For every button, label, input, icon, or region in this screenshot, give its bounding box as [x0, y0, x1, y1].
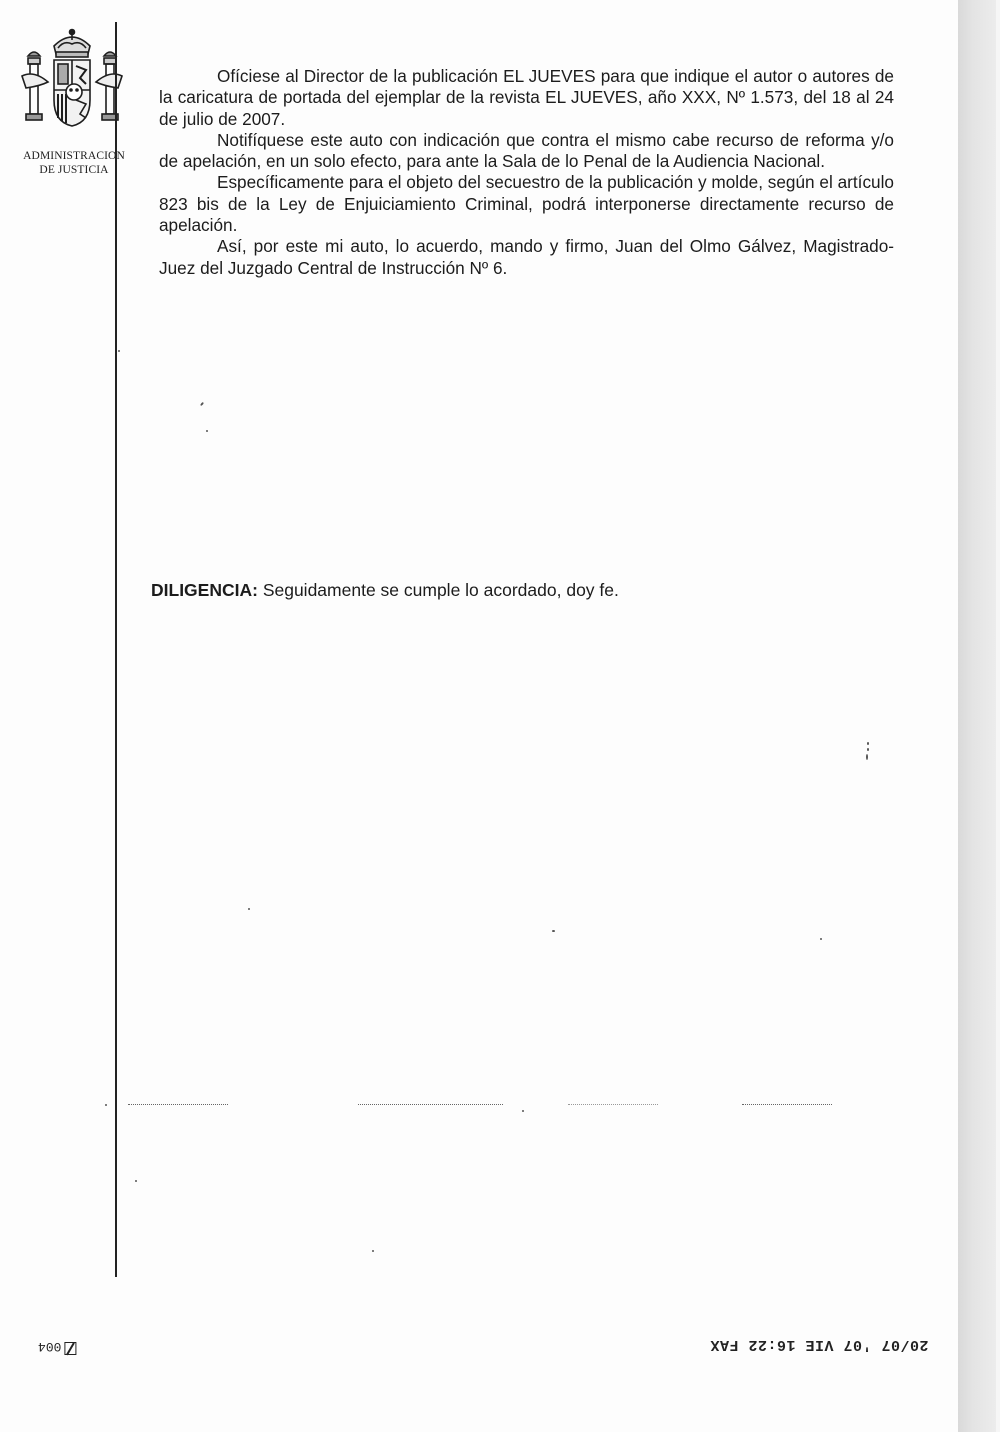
fax-page-number: 004: [38, 1339, 76, 1355]
caption-line-1: ADMINISTRACION: [4, 149, 144, 163]
scan-speck: [867, 742, 869, 745]
scan-dotted-line: [568, 1104, 658, 1107]
scan-speck: [552, 930, 555, 932]
scan-speck: [135, 1180, 137, 1182]
fax-page-icon: [64, 1342, 76, 1355]
scan-speck: [248, 908, 250, 910]
diligencia-line: DILIGENCIA: Seguidamente se cumple lo ac…: [151, 579, 619, 601]
margin-rule: [115, 22, 117, 1277]
spain-coat-of-arms-icon: [14, 26, 130, 136]
letterhead-caption: ADMINISTRACION DE JUSTICIA: [4, 149, 144, 177]
paragraph-notifiquese: Notifíquese este auto con indicación que…: [159, 130, 894, 173]
document-body: Ofíciese al Director de la publicación E…: [159, 66, 894, 279]
fax-header-line: 20/07 '07 VIE 16:22 FAX: [710, 1336, 929, 1353]
scan-speck: [118, 350, 120, 352]
scan-edge-shadow: [958, 0, 996, 1432]
paragraph-especificamente: Específicamente para el objeto del secue…: [159, 172, 894, 236]
scan-speck: [867, 748, 869, 751]
caption-line-2: DE JUSTICIA: [4, 163, 144, 177]
scan-dotted-line: [742, 1104, 832, 1107]
scan-speck: [372, 1250, 374, 1252]
scan-speck: [866, 754, 868, 760]
document-page: ADMINISTRACION DE JUSTICIA Ofíciese al D…: [0, 0, 1000, 1432]
scan-dotted-line: [358, 1104, 503, 1107]
diligencia-text: Seguidamente se cumple lo acordado, doy …: [258, 580, 619, 600]
scan-edge: [996, 0, 1000, 1432]
scan-dotted-line: [128, 1104, 228, 1107]
fax-page-label: 004: [38, 1339, 61, 1354]
scan-speck: [200, 402, 204, 406]
paragraph-signature: Así, por este mi auto, lo acuerdo, mando…: [159, 236, 894, 279]
scan-speck: [206, 430, 208, 432]
scan-speck: [522, 1110, 524, 1112]
scan-speck: [820, 938, 822, 940]
diligencia-label: DILIGENCIA:: [151, 580, 258, 600]
paragraph-oficiese: Ofíciese al Director de la publicación E…: [159, 66, 894, 130]
scan-speck: [105, 1104, 107, 1106]
